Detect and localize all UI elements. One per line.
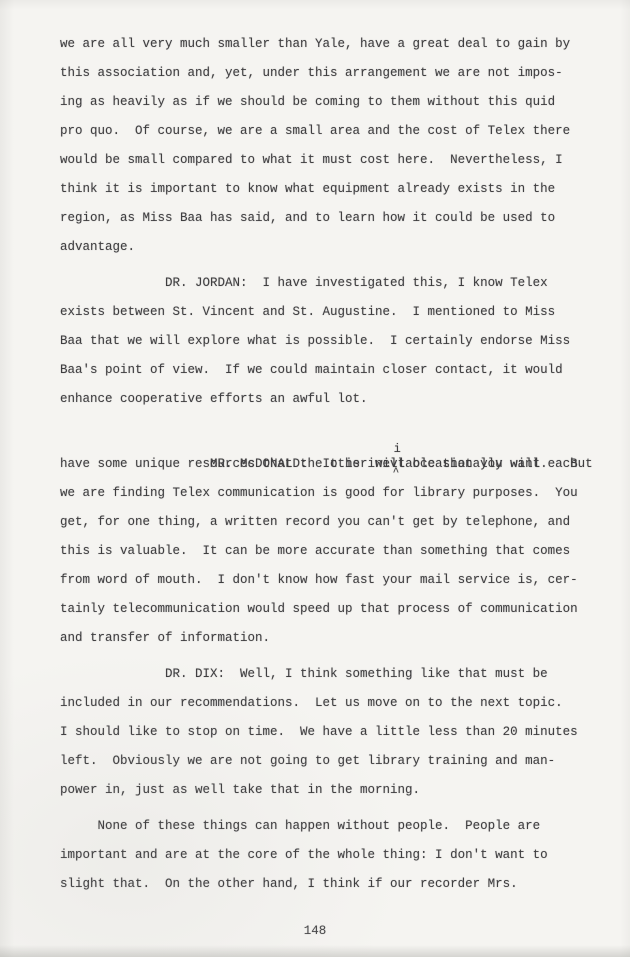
text-line: from word of mouth. I don't know how fas… bbox=[60, 566, 630, 595]
page-number: 148 bbox=[0, 917, 630, 946]
document-page: we are all very much smaller than Yale, … bbox=[0, 0, 630, 957]
text-line: this is valuable. It can be more accurat… bbox=[60, 537, 630, 566]
text-line: tainly telecommunication would speed up … bbox=[60, 595, 630, 624]
text-line: I should like to stop on time. We have a… bbox=[60, 718, 630, 747]
text-line: would be small compared to what it must … bbox=[60, 146, 630, 175]
text-line: exists between St. Vincent and St. Augus… bbox=[60, 298, 630, 327]
text-line: get, for one thing, a written record you… bbox=[60, 508, 630, 537]
speaker-line-dr-jordan: DR. JORDAN: I have investigated this, I … bbox=[60, 269, 630, 298]
text-line: region, as Miss Baa has said, and to lea… bbox=[60, 204, 630, 233]
text-line: and transfer of information. bbox=[60, 624, 630, 653]
text-line: left. Obviously we are not going to get … bbox=[60, 747, 630, 776]
text-line: have some unique resources that the othe… bbox=[60, 450, 630, 479]
text-line: important and are at the core of the who… bbox=[60, 841, 630, 870]
speaker-line-dr-dix: DR. DIX: Well, I think something like th… bbox=[60, 660, 630, 689]
text-line: we are all very much smaller than Yale, … bbox=[60, 30, 630, 59]
caret-mark: ^ bbox=[393, 468, 400, 479]
text-line: included in our recommendations. Let us … bbox=[60, 689, 630, 718]
text-line: this association and, yet, under this ar… bbox=[60, 59, 630, 88]
inserted-letter: i bbox=[394, 443, 401, 455]
text-line: slight that. On the other hand, I think … bbox=[60, 870, 630, 899]
speaker-line-mr-mcdonald: MR. McDONALD: It is inevi^table that you… bbox=[60, 421, 630, 450]
typewritten-text-block: we are all very much smaller than Yale, … bbox=[60, 30, 630, 899]
text-line: None of these things can happen without … bbox=[60, 812, 630, 841]
text-line: pro quo. Of course, we are a small area … bbox=[60, 117, 630, 146]
text-line: power in, just as well take that in the … bbox=[60, 776, 630, 805]
text-line: think it is important to know what equip… bbox=[60, 175, 630, 204]
text-line: Baa's point of view. If we could maintai… bbox=[60, 356, 630, 385]
text-line: we are finding Telex communication is go… bbox=[60, 479, 630, 508]
text-line: Baa that we will explore what is possibl… bbox=[60, 327, 630, 356]
text-line: ing as heavily as if we should be coming… bbox=[60, 88, 630, 117]
text-line: enhance cooperative efforts an awful lot… bbox=[60, 385, 630, 414]
text-line: advantage. bbox=[60, 233, 630, 262]
